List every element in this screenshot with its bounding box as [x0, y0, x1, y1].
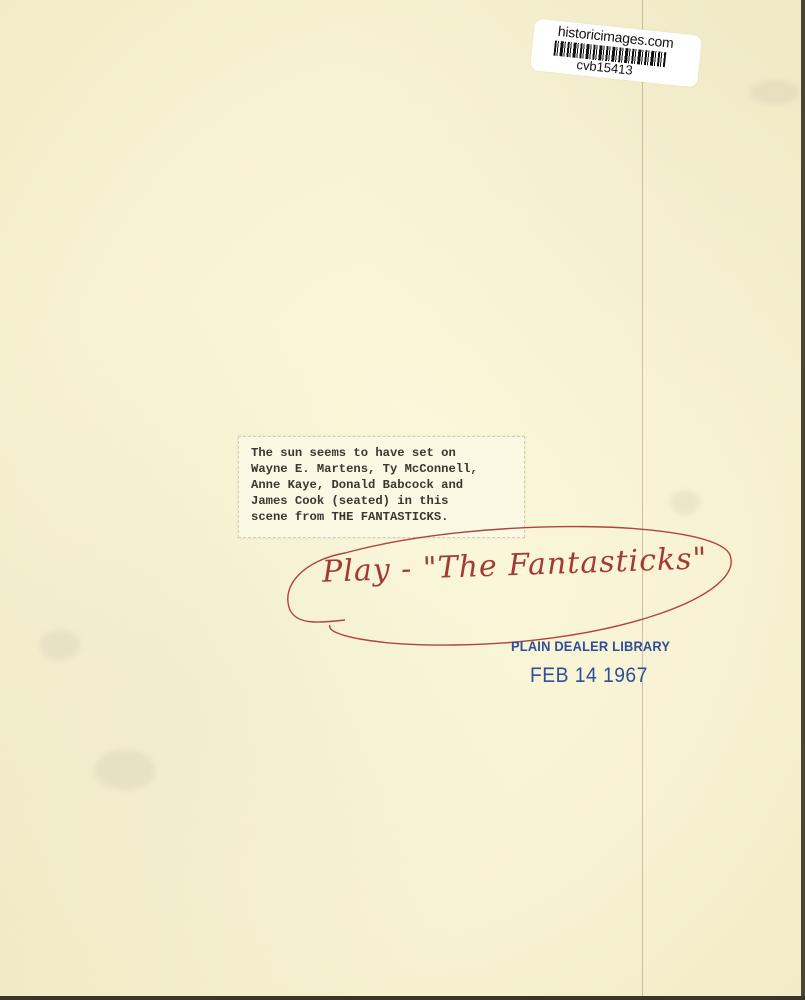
- caption-text: The sun seems to have set on Wayne E. Ma…: [251, 445, 478, 525]
- smudge-mark: [750, 80, 800, 105]
- smudge-mark: [40, 630, 80, 660]
- typed-caption-slip: The sun seems to have set on Wayne E. Ma…: [238, 436, 525, 538]
- scan-edge-right: [801, 0, 805, 1000]
- smudge-mark: [95, 750, 155, 790]
- scan-edge-bottom: [0, 996, 805, 1000]
- library-stamp: PLAIN DEALER LIBRARY: [511, 638, 670, 654]
- photo-back-paper: historicimages.com cvb15413 The sun seem…: [0, 0, 801, 996]
- caption-line: James Cook (seated) in this: [251, 494, 448, 508]
- vertical-crease-line: [642, 0, 643, 996]
- barcode-sticker: historicimages.com cvb15413: [530, 18, 703, 87]
- date-stamp: FEB 14 1967: [530, 664, 648, 688]
- caption-line: scene from THE FANTASTICKS.: [251, 510, 448, 524]
- caption-line: The sun seems to have set on: [251, 446, 456, 460]
- caption-line: Wayne E. Martens, Ty McConnell,: [251, 462, 478, 476]
- smudge-mark: [670, 490, 700, 515]
- caption-line: Anne Kaye, Donald Babcock and: [251, 478, 463, 492]
